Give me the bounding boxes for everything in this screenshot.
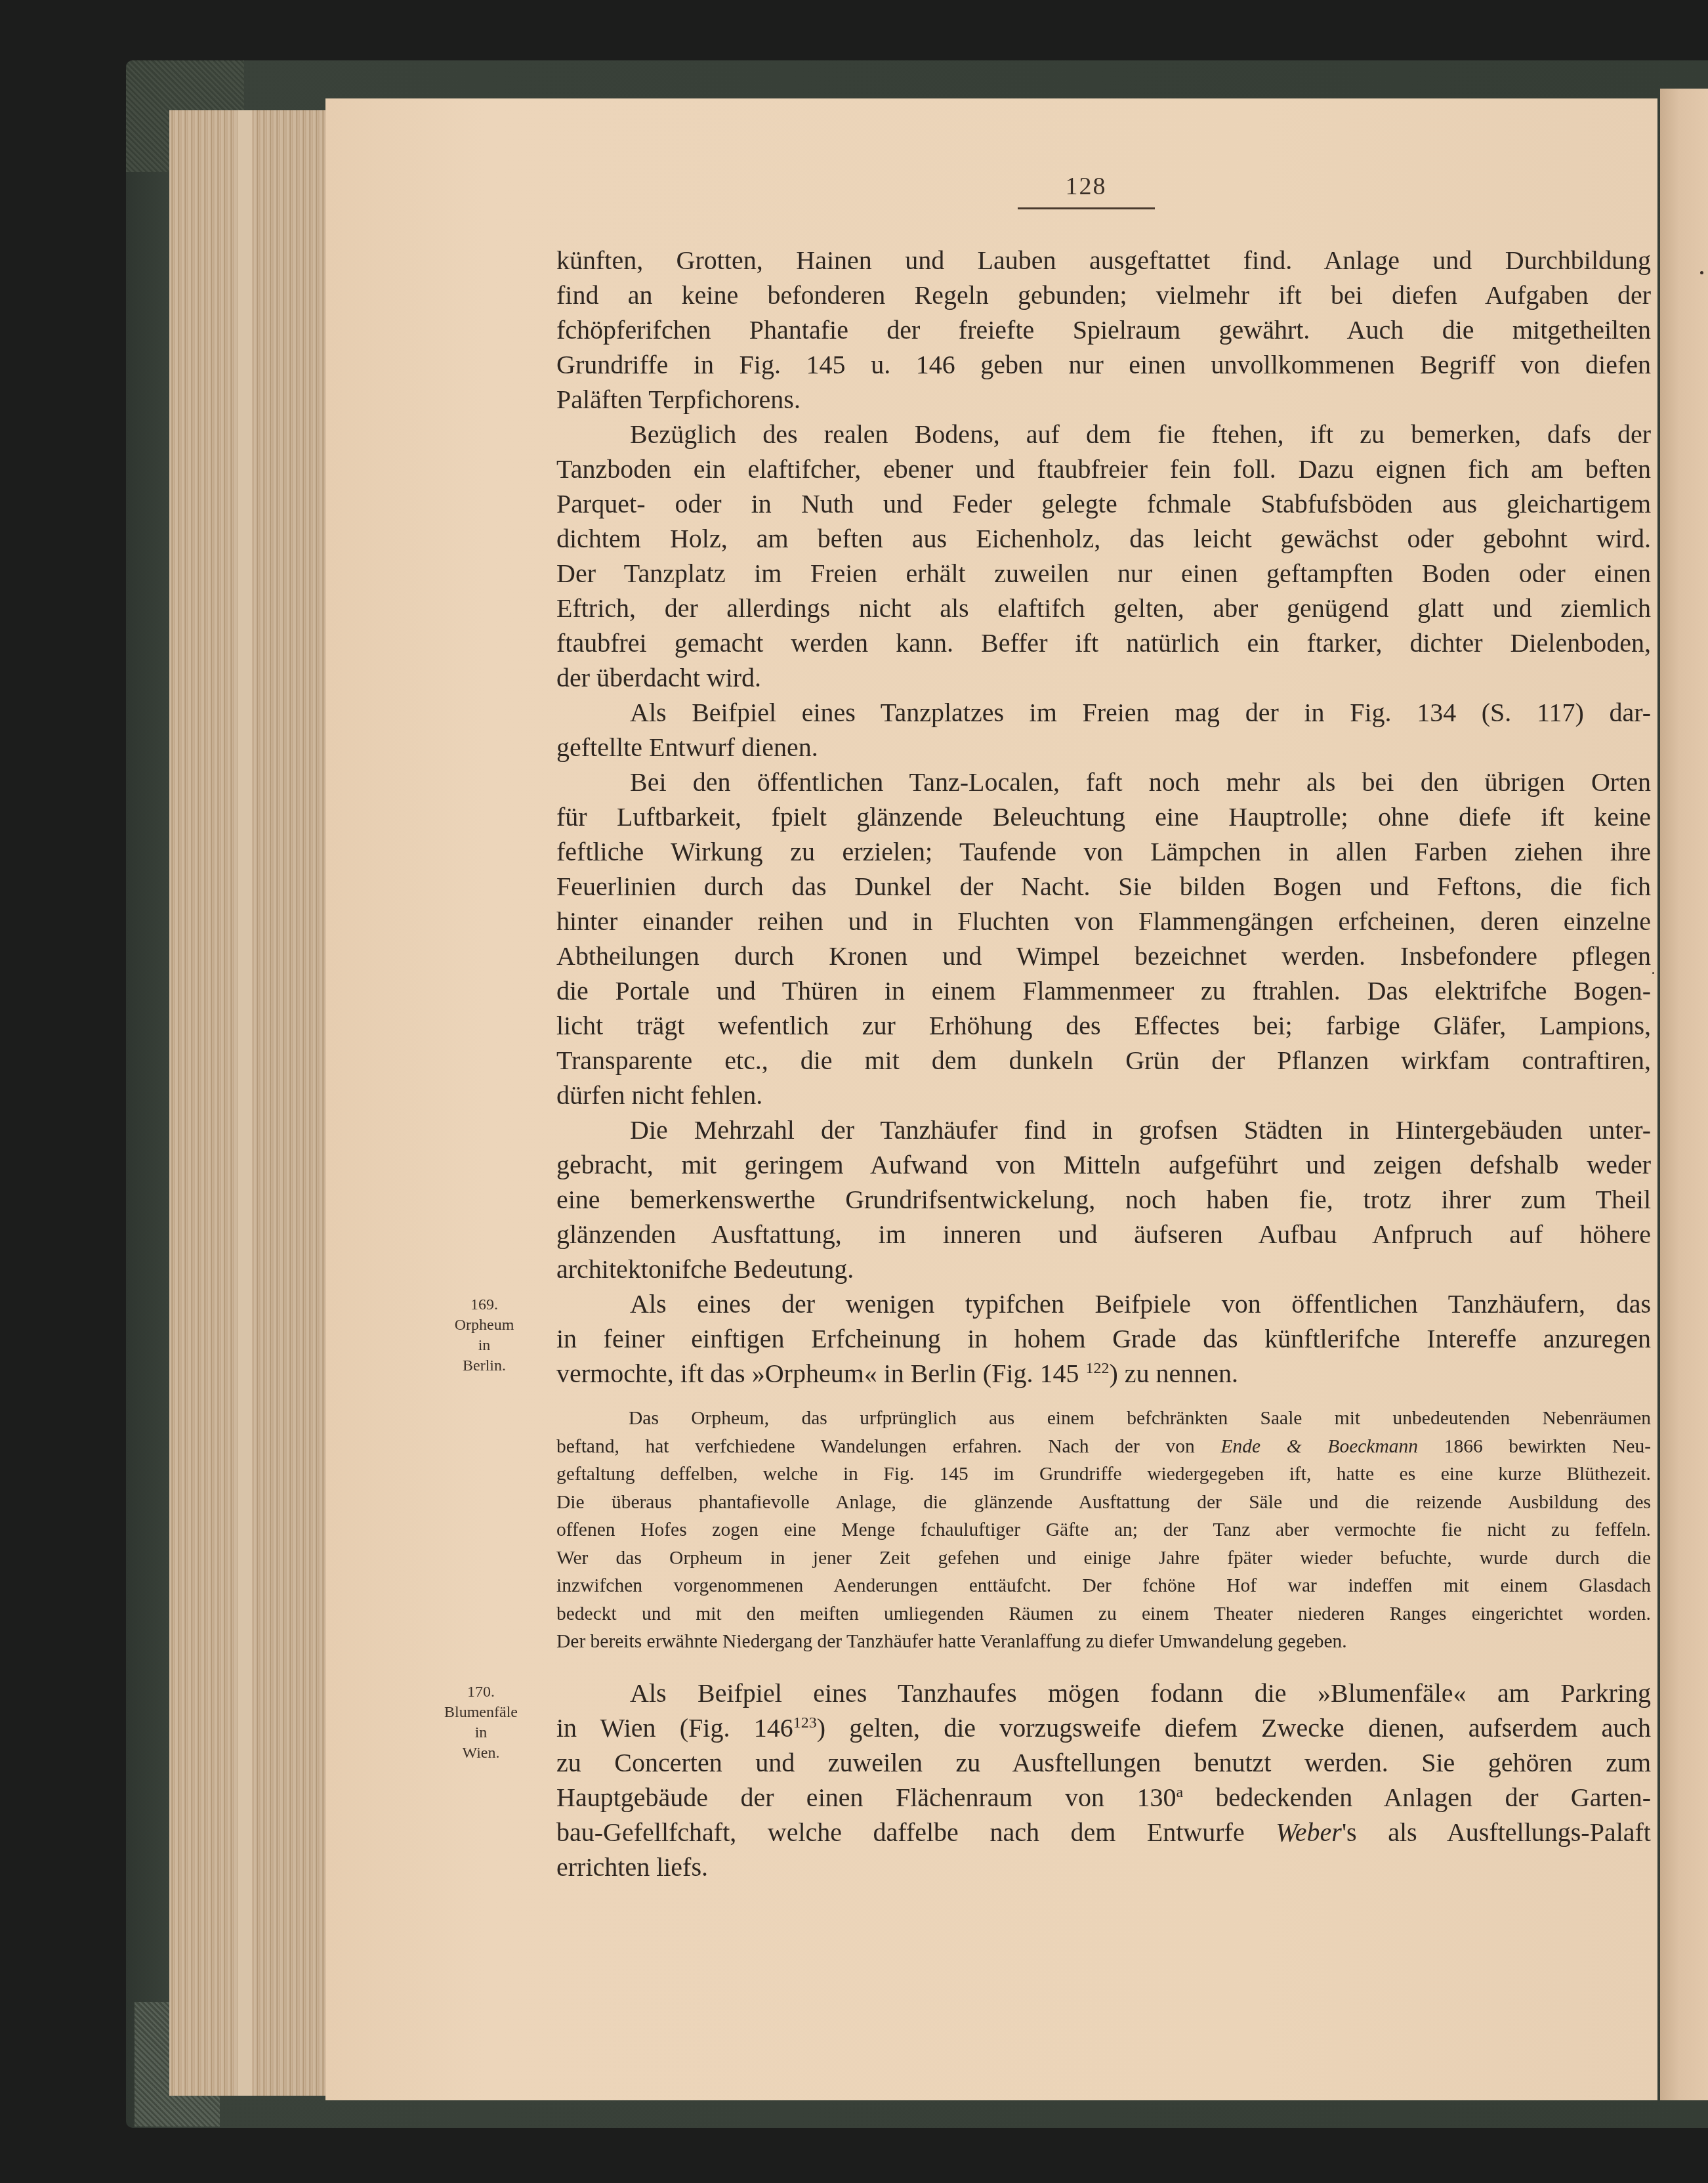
text-line: find an keine befonderen Regeln gebunden…	[556, 278, 1651, 312]
architect-name: Weber	[1276, 1817, 1342, 1847]
text-line: Hauptgebäude der einen Flächenraum von 1…	[556, 1780, 1651, 1815]
text-line: die Portale und Thüren in einem Flammenm…	[556, 973, 1651, 1008]
next-page-edge	[1660, 89, 1708, 2100]
text-line: ftaubfrei gemacht werden kann. Beffer if…	[556, 625, 1651, 660]
text-line: Eftrich, der allerdings nicht als elafti…	[556, 591, 1651, 625]
text-line: der überdacht wird.	[556, 660, 1651, 695]
text-line: Feuerlinien durch das Dunkel der Nacht. …	[556, 869, 1651, 904]
page-number: 128	[1017, 172, 1155, 201]
small-print-note: Das Orpheum, das urfprünglich aus einem …	[556, 1405, 1651, 1656]
text-line: eine bemerkenswerthe Grundrifsentwickelu…	[556, 1182, 1651, 1217]
margin-note-169: 169. Orpheum in Berlin.	[438, 1295, 530, 1376]
text-line: Die Mehrzahl der Tanzhäufer find in grof…	[556, 1113, 1651, 1147]
text-line: feftliche Wirkung zu erzielen; Taufende …	[556, 834, 1651, 869]
margin-note-170: 170. Blumenfäle in Wien.	[435, 1682, 527, 1764]
text-line: hinter einander reihen und in Fluchten v…	[556, 904, 1651, 939]
text-line: gebracht, mit geringem Aufwand von Mitte…	[556, 1147, 1651, 1182]
text-line: Als eines der wenigen typifchen Beifpiel…	[556, 1286, 1651, 1321]
text-line: fchöpferifchen Phantafie der freiefte Sp…	[556, 312, 1651, 347]
text-line: licht trägt wefentlich zur Erhöhung des …	[556, 1008, 1651, 1043]
note-line: Die überaus phantafievolle Anlage, die g…	[556, 1489, 1651, 1517]
body-text: künften, Grotten, Hainen und Lauben ausg…	[556, 243, 1651, 1391]
note-line: inzwifchen vorgenommenen Aenderungen ent…	[556, 1572, 1651, 1600]
text-line: architektonifche Bedeutung.	[556, 1252, 1651, 1286]
text-line: Grundriffe in Fig. 145 u. 146 geben nur …	[556, 347, 1651, 382]
text-line: dürfen nicht fehlen.	[556, 1078, 1651, 1113]
text-line: bau-Gefellfchaft, welche daffelbe nach d…	[556, 1815, 1651, 1850]
note-line: Wer das Orpheum in jener Zeit gefehen un…	[556, 1544, 1651, 1573]
text-line: Bei den öffentlichen Tanz-Localen, faft …	[556, 765, 1651, 799]
text-line: Tanzboden ein elaftifcher, ebener und ft…	[556, 452, 1651, 486]
body-text-continued: Als Beifpiel eines Tanzhaufes mögen foda…	[556, 1676, 1651, 1884]
note-line: offenen Hofes zogen eine Menge fchauluft…	[556, 1516, 1651, 1544]
text-line: in feiner einftigen Erfcheinung in hohem…	[556, 1321, 1651, 1356]
text-line: Als Beifpiel eines Tanzhaufes mögen foda…	[556, 1676, 1651, 1710]
text-line: Paläften Terpfichorens.	[556, 382, 1651, 417]
text-line: Bezüglich des realen Bodens, auf dem fie…	[556, 417, 1651, 452]
text-line: Transparente etc., die mit dem dunkeln G…	[556, 1043, 1651, 1078]
note-line: Der bereits erwähnte Niedergang der Tanz…	[556, 1628, 1651, 1656]
text-line: für Luftbarkeit, fpielt glänzende Beleuc…	[556, 799, 1651, 834]
text-line: glänzenden Ausftattung, im inneren und ä…	[556, 1217, 1651, 1252]
paper-speck	[1700, 271, 1703, 274]
note-line: geftaltung deffelben, welche in Fig. 145…	[556, 1460, 1651, 1489]
text-line: in Wien (Fig. 146123) gelten, die vorzug…	[556, 1710, 1651, 1745]
note-line: Das Orpheum, das urfprünglich aus einem …	[556, 1405, 1651, 1433]
text-line: Abtheilungen durch Kronen und Wimpel bez…	[556, 939, 1651, 973]
text-line: künften, Grotten, Hainen und Lauben ausg…	[556, 243, 1651, 278]
text-line: errichten liefs.	[556, 1850, 1651, 1884]
text-line: zu Concerten und zuweilen zu Ausftellung…	[556, 1745, 1651, 1780]
footnote-ref-123: 123	[793, 1714, 817, 1731]
note-line: beftand, hat verfchiedene Wandelungen er…	[556, 1433, 1651, 1461]
author-names: Ende & Boeckmann	[1220, 1436, 1418, 1457]
text-line: Der Tanzplatz im Freien erhält zuweilen …	[556, 556, 1651, 591]
text-line: geftellte Entwurf dienen.	[556, 730, 1651, 765]
text-line: vermochte, ift das »Orpheum« in Berlin (…	[556, 1356, 1651, 1391]
page-number-rule	[1018, 207, 1155, 209]
footnote-ref-122: 122	[1086, 1360, 1110, 1377]
text-line: dichtem Holz, am beften aus Eichenholz, …	[556, 521, 1651, 556]
unit-superscript: a	[1176, 1784, 1183, 1801]
text-line: Parquet- oder in Nuth und Feder gelegte …	[556, 486, 1651, 521]
note-line: bedeckt und mit den meiften umliegenden …	[556, 1600, 1651, 1628]
paper-speck	[1652, 972, 1654, 974]
page-edges-stack	[169, 110, 327, 2096]
text-line: Als Beifpiel eines Tanzplatzes im Freien…	[556, 695, 1651, 730]
